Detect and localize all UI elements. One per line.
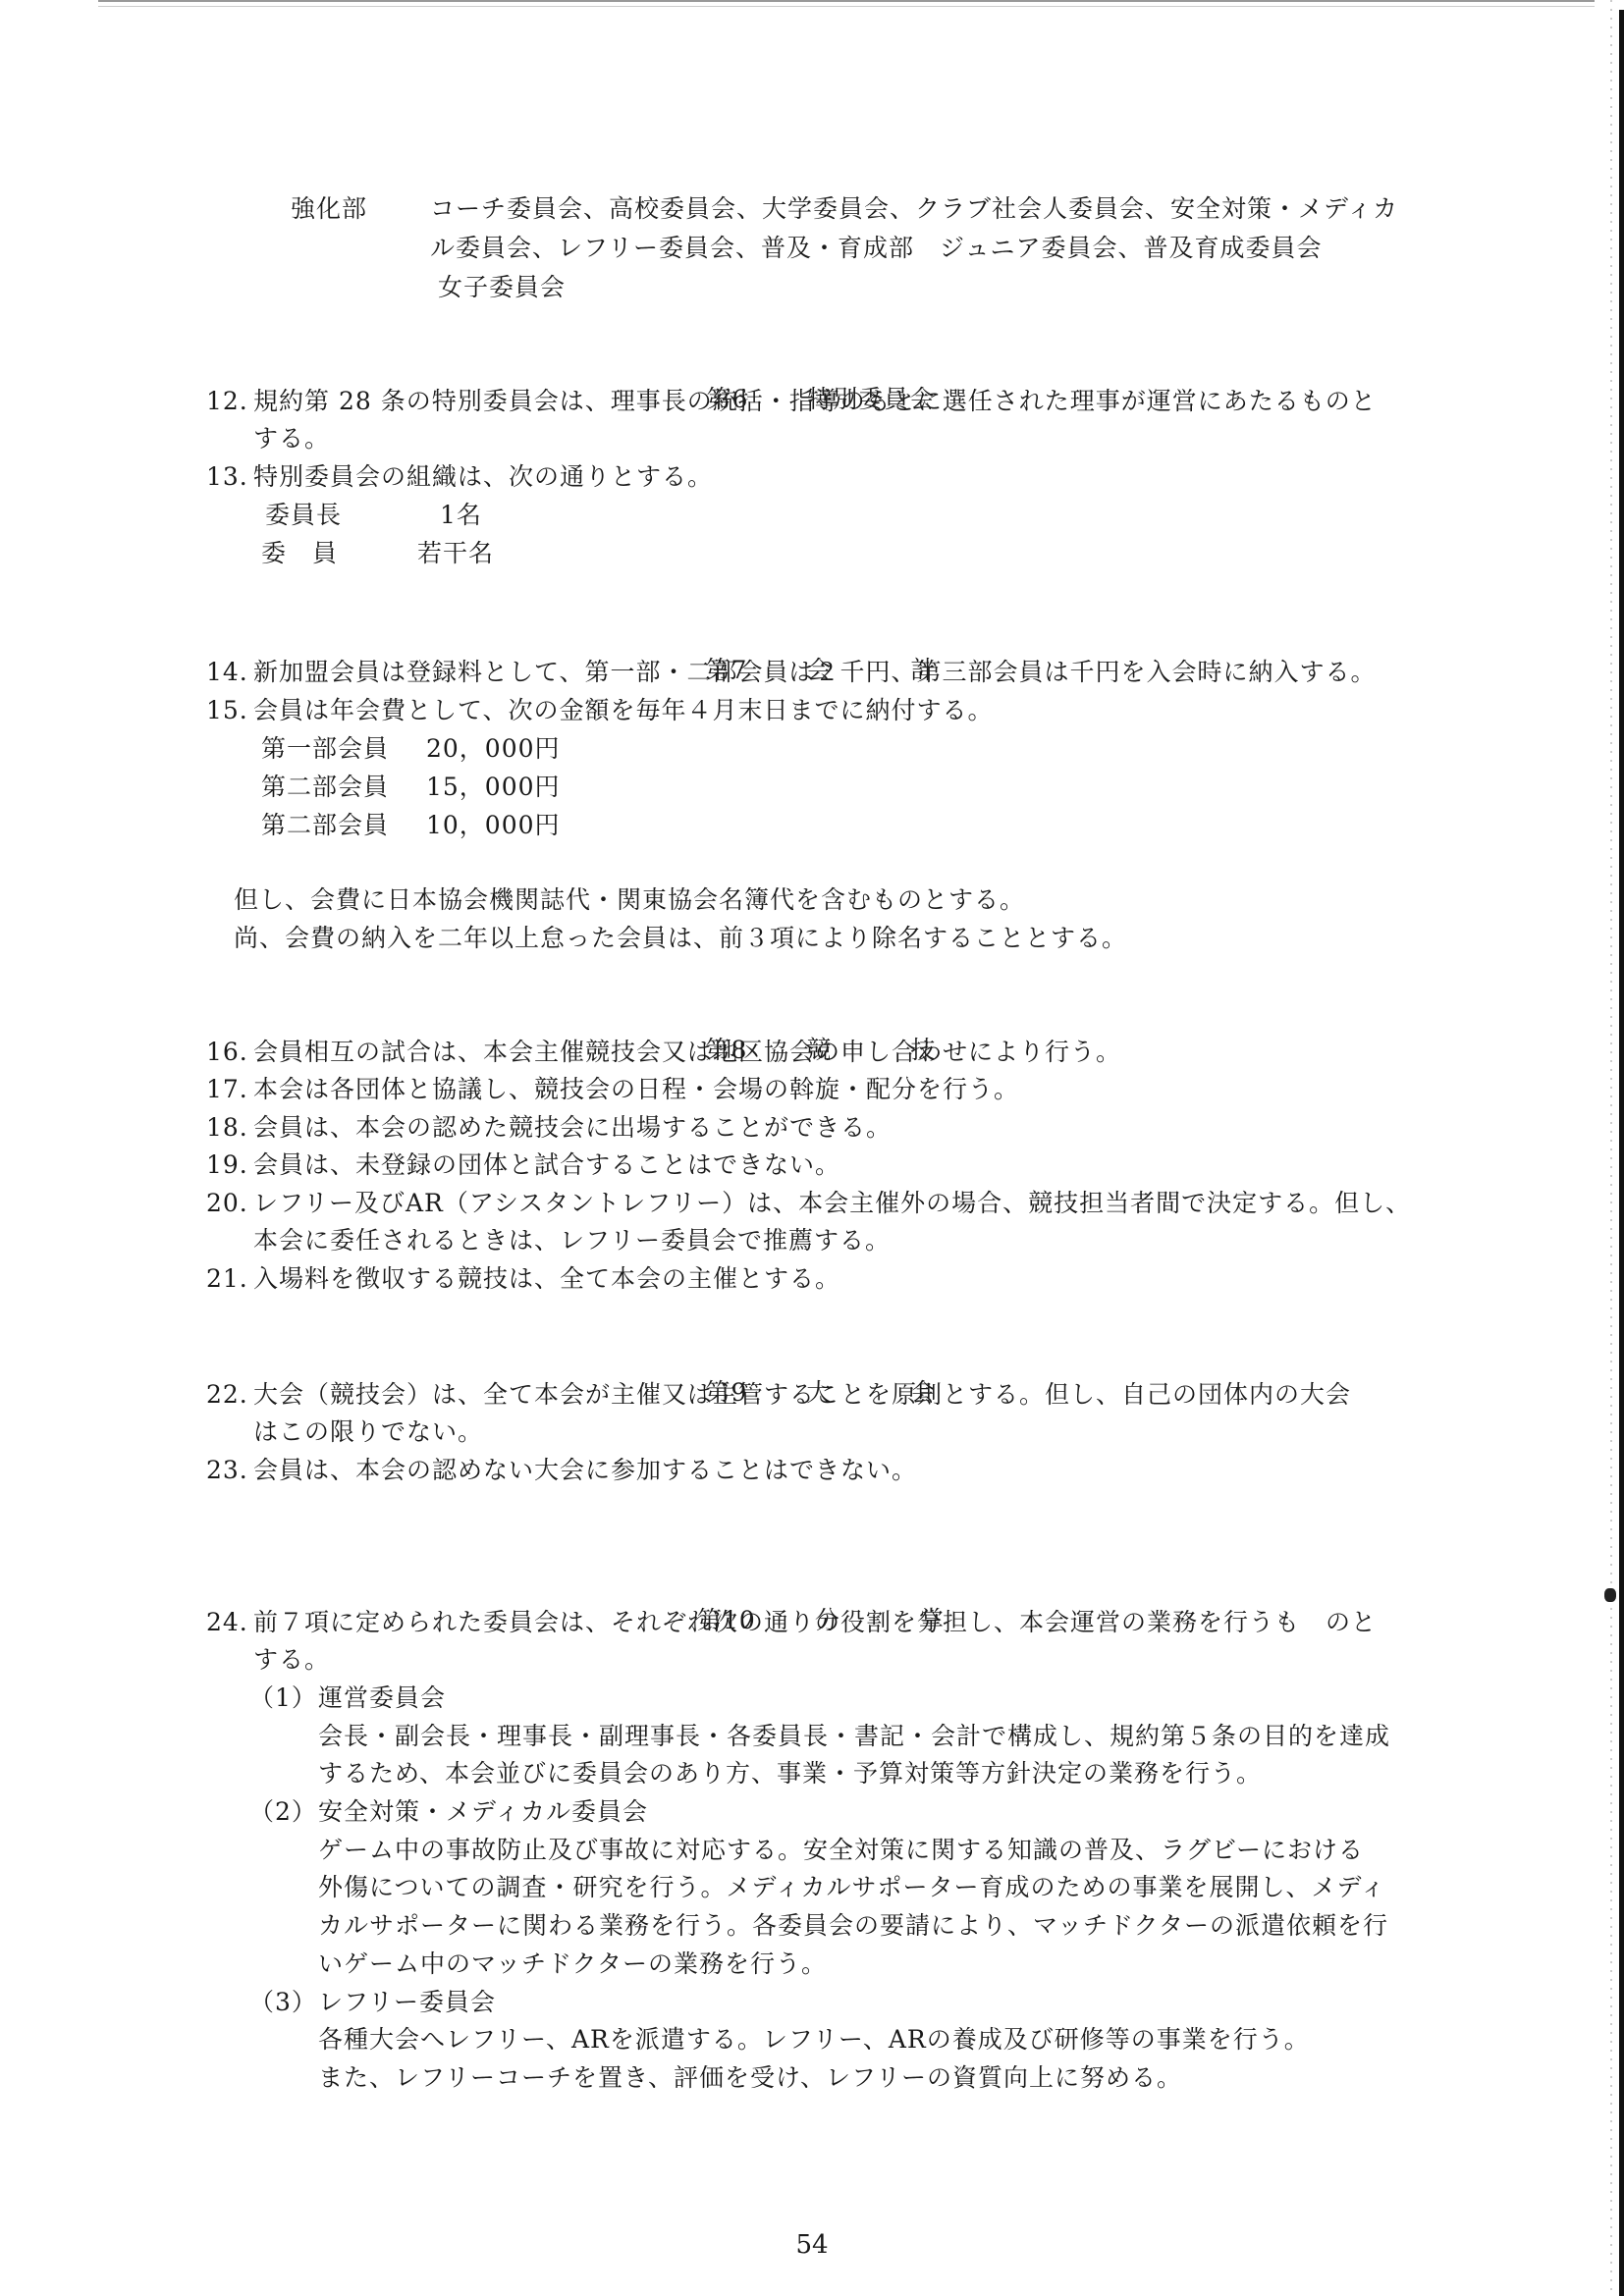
clause-text: 入場料を徴収する競技は、全て本会の主催とする。 — [253, 1264, 840, 1293]
subitem-title: レフリー委員会 — [318, 1988, 496, 2016]
subitem-text: ゲーム中の事故防止及び事故に対応する。安全対策に関する知識の普及、ラグビーにおけ… — [318, 1832, 1364, 1869]
clause-number: 17. — [206, 1071, 253, 1108]
clause-24: 24.前７項に定められた委員会は、それぞれ次の通りの役割を分担し、本会運営の業務… — [206, 1604, 1377, 1641]
subitem-2: （2）安全対策・メディカル委員会 — [249, 1793, 648, 1831]
subitem-text: また、レフリーコーチを置き、評価を受け、レフリーの資質向上に努める。 — [318, 2059, 1182, 2097]
clause-number: 16. — [206, 1034, 253, 1071]
subitem-title: 安全対策・メディカル委員会 — [318, 1797, 648, 1826]
fee-note: 尚、会費の納入を二年以上怠った会員は、前３項により除名することとする。 — [234, 920, 1127, 957]
strengthening-dept-line: コーチ委員会、高校委員会、大学委員会、クラブ社会人委員会、安全対策・メディカ — [430, 190, 1398, 228]
clause-number: 14. — [206, 654, 253, 691]
clause-number: 21. — [206, 1260, 253, 1298]
subitem-title: 運営委員会 — [318, 1683, 446, 1712]
subitem-number: （1） — [249, 1680, 318, 1717]
clause-20: 20.レフリー及びAR（アシスタントレフリー）は、本会主催外の場合、競技担当者間… — [206, 1185, 1411, 1222]
clause-text: する。 — [253, 1641, 330, 1679]
roster-role: 委員長 — [265, 497, 342, 534]
subitem-number: （3） — [249, 1984, 318, 2021]
clause-text: 会員相互の試合は、本会主催競技会又は地区協会の申し合わせにより行う。 — [253, 1038, 1121, 1066]
clause-21: 21.入場料を徴収する競技は、全て本会の主催とする。 — [206, 1260, 840, 1298]
page-number: 54 — [0, 2226, 1624, 2264]
strengthening-dept-label: 強化部 — [291, 190, 367, 228]
clause-19: 19.会員は、未登録の団体と試合することはできない。 — [206, 1147, 840, 1184]
clause-number: 15. — [206, 692, 253, 729]
clause-text: 会員は、未登録の団体と試合することはできない。 — [253, 1150, 840, 1179]
scan-edge-top-faint — [98, 6, 1595, 7]
fee-class: 第二部会員 — [261, 807, 389, 844]
fee-amount: 20，000円 — [426, 730, 561, 768]
clause-text: 新加盟会員は登録料として、第一部・二部会員は２千円、第三部会員は千円を入会時に納… — [253, 658, 1377, 686]
clause-text: はこの限りでない。 — [253, 1414, 483, 1451]
strengthening-dept-line: 女子委員会 — [438, 269, 566, 306]
clause-number: 13. — [206, 458, 253, 496]
subitem-1: （1）運営委員会 — [249, 1680, 446, 1717]
subitem-3: （3）レフリー委員会 — [249, 1984, 496, 2021]
clause-number: 22. — [206, 1376, 253, 1414]
clause-text: レフリー及びAR（アシスタントレフリー）は、本会主催外の場合、競技担当者間で決定… — [253, 1189, 1411, 1217]
subitem-text: いゲーム中のマッチドクターの業務を行う。 — [318, 1946, 827, 1983]
clause-text: 会員は、本会の認めない大会に参加することはできない。 — [253, 1456, 917, 1484]
fee-class: 第一部会員 — [261, 730, 389, 768]
fee-amount: 10，000円 — [426, 807, 561, 844]
clause-text: 前７項に定められた委員会は、それぞれ次の通りの役割を分担し、本会運営の業務を行う… — [253, 1608, 1377, 1636]
subitem-text: するため、本会並びに委員会のあり方、事業・予算対策等方針決定の業務を行う。 — [318, 1755, 1262, 1792]
clause-14: 14.新加盟会員は登録料として、第一部・二部会員は２千円、第三部会員は千円を入会… — [206, 654, 1377, 691]
subitem-text: 会長・副会長・理事長・副理事長・各委員長・書記・会計で構成し、規約第５条の目的を… — [318, 1718, 1390, 1755]
clause-text: 大会（競技会）は、全て本会が主催又は主管することを原則とする。但し、自己の団体内… — [253, 1380, 1351, 1409]
clause-text: 規約第 28 条の特別委員会は、理事長の統括・指導のもとに選任された理事が運営に… — [253, 387, 1377, 415]
subitem-text: 各種大会へレフリー、ARを派遣する。レフリー、ARの養成及び研修等の事業を行う。 — [318, 2021, 1310, 2058]
clause-12: 12.規約第 28 条の特別委員会は、理事長の統括・指導のもとに選任された理事が… — [206, 383, 1377, 420]
clause-text: 本会に委任されるときは、レフリー委員会で推薦する。 — [253, 1222, 891, 1259]
clause-16: 16.会員相互の試合は、本会主催競技会又は地区協会の申し合わせにより行う。 — [206, 1034, 1121, 1071]
clause-number: 20. — [206, 1185, 253, 1222]
clause-17: 17.本会は各団体と協議し、競技会の日程・会場の斡旋・配分を行う。 — [206, 1071, 1019, 1108]
clause-13: 13.特別委員会の組織は、次の通りとする。 — [206, 458, 713, 496]
clause-text: 会員は、本会の認めた競技会に出場することができる。 — [253, 1113, 892, 1142]
clause-number: 18. — [206, 1109, 253, 1147]
clause-22: 22.大会（競技会）は、全て本会が主催又は主管することを原則とする。但し、自己の… — [206, 1376, 1351, 1414]
fee-amount: 15，000円 — [426, 769, 561, 806]
subitem-text: 外傷についての調査・研究を行う。メディカルサポーター育成のための事業を展開し、メ… — [318, 1869, 1386, 1906]
subitem-number: （2） — [249, 1793, 318, 1831]
clause-number: 12. — [206, 383, 253, 420]
fee-class: 第二部会員 — [261, 769, 389, 806]
roster-count: 1名 — [440, 497, 482, 534]
fee-note: 但し、会費に日本協会機関誌代・関東協会名簿代を含むものとする。 — [234, 881, 1025, 919]
roster-role: 委 員 — [261, 535, 338, 572]
clause-15: 15.会員は年会費として、次の金額を毎年４月末日までに納付する。 — [206, 692, 994, 729]
clause-text: 特別委員会の組織は、次の通りとする。 — [253, 462, 713, 491]
clause-number: 23. — [206, 1452, 253, 1489]
roster-count: 若干名 — [417, 535, 494, 572]
clause-text: 会員は年会費として、次の金額を毎年４月末日までに納付する。 — [253, 696, 994, 724]
clause-text: する。 — [253, 420, 330, 457]
clause-number: 24. — [206, 1604, 253, 1641]
clause-23: 23.会員は、本会の認めない大会に参加することはできない。 — [206, 1452, 917, 1489]
clause-18: 18.会員は、本会の認めた競技会に出場することができる。 — [206, 1109, 892, 1147]
strengthening-dept-line: ル委員会、レフリー委員会、普及・育成部 ジュニア委員会、普及育成委員会 — [430, 230, 1323, 267]
clause-text: 本会は各団体と協議し、競技会の日程・会場の斡旋・配分を行う。 — [253, 1075, 1019, 1103]
scan-edge-top — [98, 0, 1595, 2]
subitem-text: カルサポーターに関わる業務を行う。各委員会の要請により、マッチドクターの派遣依頼… — [318, 1907, 1388, 1945]
clause-number: 19. — [206, 1147, 253, 1184]
